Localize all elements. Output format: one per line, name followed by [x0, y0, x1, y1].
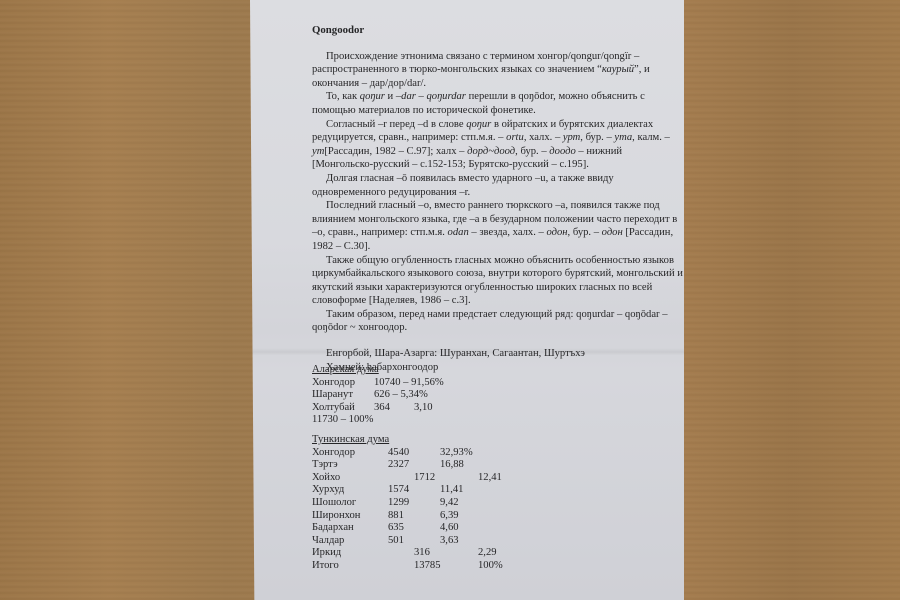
clan-count: 1574 [388, 484, 409, 497]
clan-name: Хонгодор [312, 377, 355, 390]
clan-count: 881 [388, 510, 404, 523]
paragraph: То, как qoŋur и –dar – qoŋurdar перешли … [312, 90, 684, 117]
clan-percent: 12,41 [478, 472, 502, 485]
clan-name: Тэртэ [312, 459, 338, 472]
clan-percent: 6,39 [440, 510, 459, 523]
clan-count: 626 – 5,34% [374, 389, 428, 402]
clan-name: Широнхон [312, 510, 360, 523]
clan-name: Шошолог [312, 497, 356, 510]
clan-name: Шаранут [312, 389, 353, 402]
printed-page: Qongoodor Происхождение этнонима связано… [250, 0, 684, 600]
paragraphs: Происхождение этнонима связано с термино… [312, 50, 684, 335]
clan-percent: 32,93% [440, 447, 473, 460]
clan-count: 1299 [388, 497, 409, 510]
clan-count: 13785 [414, 560, 440, 573]
table-row: Хонгодор454032,93% [312, 447, 652, 460]
clan-count: 1712 [414, 472, 435, 485]
clan-count: 10740 – 91,56% [374, 377, 444, 390]
clan-count: 316 [414, 547, 430, 560]
table-row: Тэртэ232716,88 [312, 459, 652, 472]
article-body: Qongoodor Происхождение этнонима связано… [312, 24, 684, 374]
clan-count: 364 [374, 402, 390, 415]
clan-percent: 3,63 [440, 535, 459, 548]
tunka-heading: Тункинская дума [312, 434, 652, 447]
clan-percent: 16,88 [440, 459, 464, 472]
clan-percent: 4,60 [440, 522, 459, 535]
paragraph: Также общую огубленность гласных можно о… [312, 254, 684, 308]
table-row: Шошолог12999,42 [312, 497, 652, 510]
clan-name: Холтубай [312, 402, 355, 415]
paragraph: Происхождение этнонима связано с термино… [312, 50, 684, 91]
place-line: Енгорбой, Шара-Азарга: Шуранхан, Сагаант… [326, 347, 684, 361]
alar-total: 11730 – 100% [312, 414, 652, 427]
clan-name: Хойхо [312, 472, 340, 485]
clan-count: 501 [388, 535, 404, 548]
table-row: Итого13785100% [312, 560, 652, 573]
table-row: Хойхо171212,41 [312, 472, 652, 485]
table-row: Иркид3162,29 [312, 547, 652, 560]
paragraph: Последний гласный –о, вместо раннего тюр… [312, 199, 684, 253]
table-row: Широнхон8816,39 [312, 510, 652, 523]
clan-name: Иркид [312, 547, 341, 560]
table-row: Хурхуд157411,41 [312, 484, 652, 497]
clan-percent: 3,10 [414, 402, 433, 415]
paragraph: Долгая гласная –ō появилась вместо ударн… [312, 172, 684, 199]
table-row: Бадархан6354,60 [312, 522, 652, 535]
table-row: Хонгодор10740 – 91,56% [312, 377, 652, 390]
clan-name: Чалдар [312, 535, 344, 548]
page-title: Qongoodor [312, 24, 684, 38]
clan-name: Итого [312, 560, 339, 573]
clan-name: Хурхуд [312, 484, 344, 497]
clan-percent: 100% [478, 560, 503, 573]
clan-percent: 9,42 [440, 497, 459, 510]
table-row: Шаранут626 – 5,34% [312, 389, 652, 402]
table-row: Холтубай3643,10 [312, 402, 652, 415]
clan-name: Бадархан [312, 522, 354, 535]
paragraph: Согласный –r перед –d в слове qoŋur в ой… [312, 118, 684, 172]
tunka-table: Тункинская дума Хонгодор454032,93%Тэртэ2… [312, 434, 652, 573]
clan-percent: 2,29 [478, 547, 497, 560]
clan-percent: 11,41 [440, 484, 463, 497]
clan-count: 4540 [388, 447, 409, 460]
paragraph: Таким образом, перед нами предстает след… [312, 308, 684, 335]
table-row: Чалдар5013,63 [312, 535, 652, 548]
clan-count: 635 [388, 522, 404, 535]
clan-name: Хонгодор [312, 447, 355, 460]
alar-table: Аларская дума Хонгодор10740 – 91,56%Шара… [312, 364, 652, 427]
clan-count: 2327 [388, 459, 409, 472]
alar-heading: Аларская дума [312, 364, 652, 377]
